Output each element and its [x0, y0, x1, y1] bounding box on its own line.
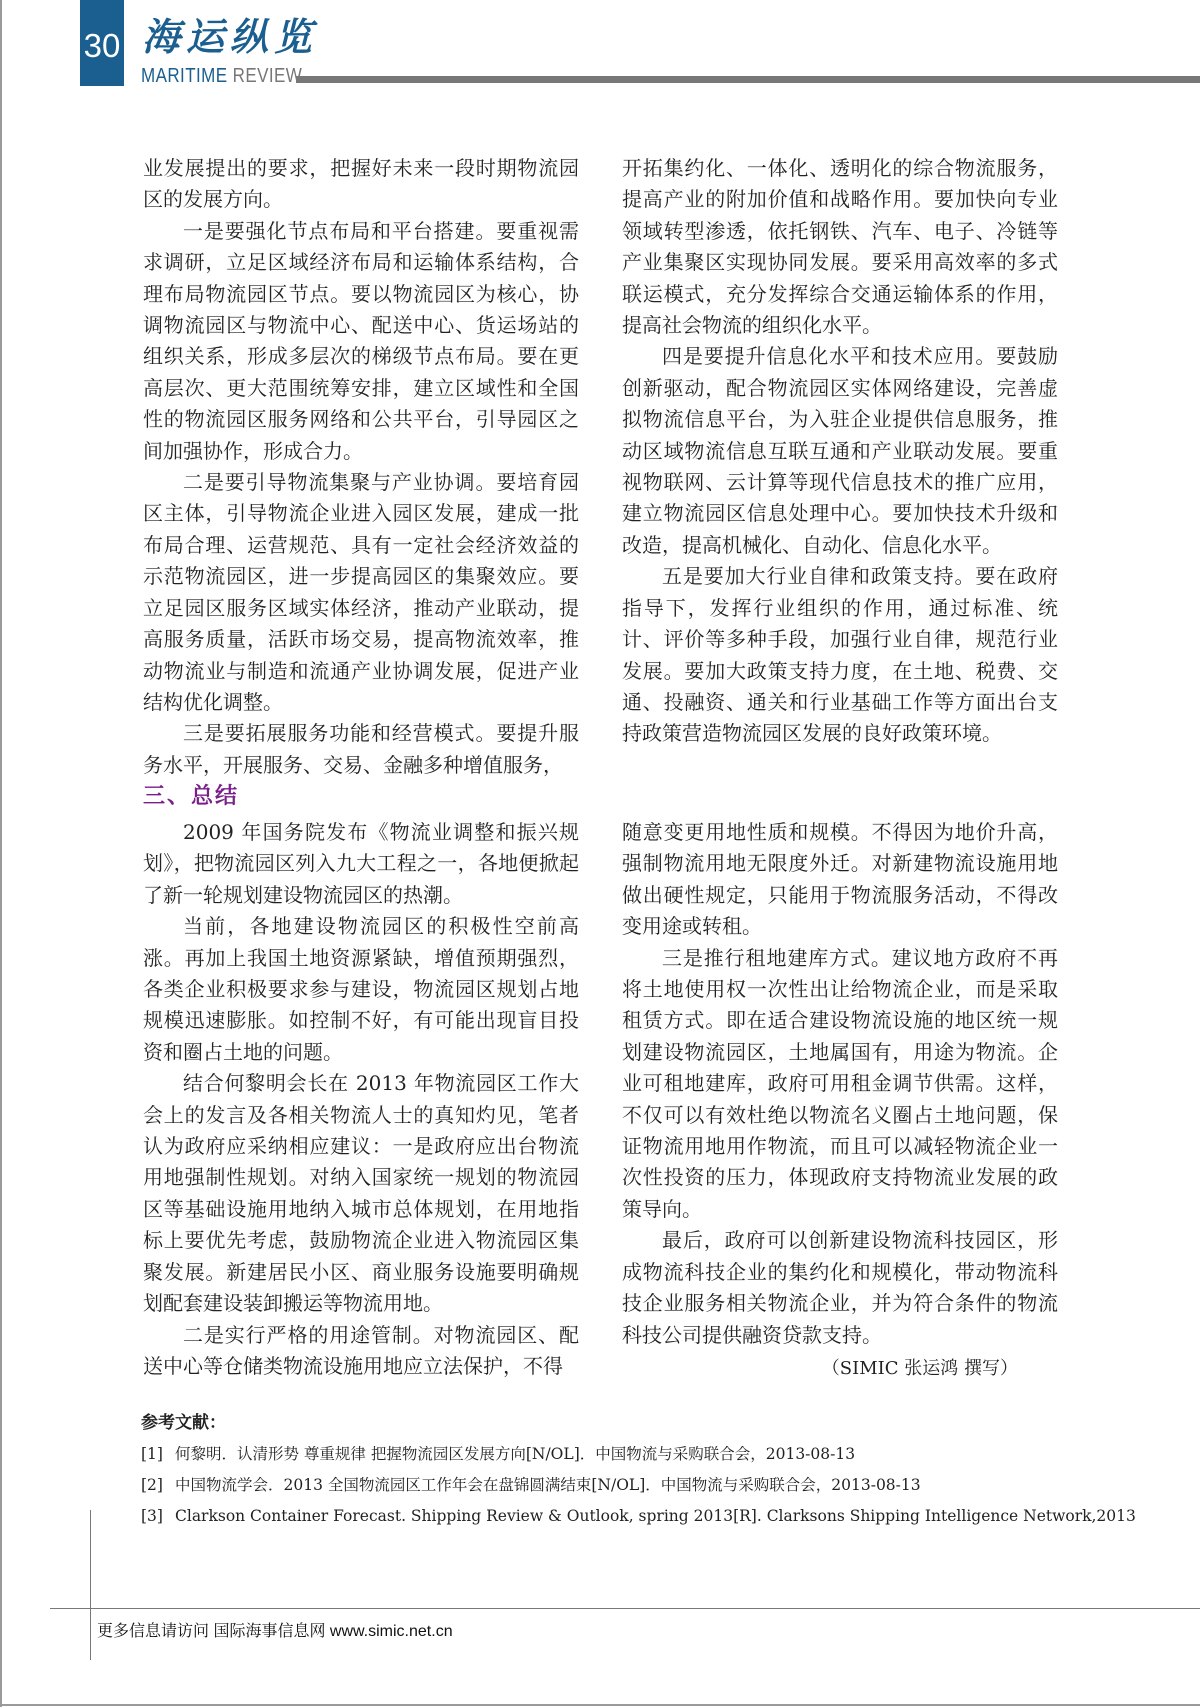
author-signature: （SIMIC 张运鸿 撰写）: [622, 1353, 1058, 1384]
section2-right-column: 随意变更用地性质和规模。不得因为地价升高，强制物流用地无限度外迁。对新建物流设施…: [622, 817, 1058, 1384]
paragraph: 一是要强化节点布局和平台搭建。要重视需求调研，立足区域经济布局和运输体系结构，合…: [143, 216, 579, 467]
subtitle-review: REVIEW: [233, 65, 303, 87]
references-title: 参考文献：: [141, 1408, 1141, 1439]
paragraph: 五是要加大行业自律和政策支持。要在政府指导下，发挥行业组织的作用，通过标准、统计…: [622, 561, 1058, 749]
paragraph: 随意变更用地性质和规模。不得因为地价升高，强制物流用地无限度外迁。对新建物流设施…: [622, 817, 1058, 943]
paragraph: 四是要提升信息化水平和技术应用。要鼓励创新驱动，配合物流园区实体网络建设，完善虚…: [622, 341, 1058, 561]
page-number: 30: [84, 29, 121, 86]
section-heading-summary: 三、总结: [143, 779, 239, 810]
reference-number: [1]: [141, 1439, 175, 1470]
footer-rule: [50, 1608, 1200, 1609]
reference-number: [3]: [141, 1501, 175, 1532]
paragraph: 最后，政府可以创新建设物流科技园区，形成物流科技企业的集约化和规模化，带动物流科…: [622, 1225, 1058, 1351]
paragraph: 开拓集约化、一体化、透明化的综合物流服务，提高产业的附加价值和战略作用。要加快向…: [622, 153, 1058, 341]
reference-item: [1]何黎明．认清形势 尊重规律 把握物流园区发展方向[N/OL]．中国物流与采…: [141, 1439, 1141, 1470]
reference-text: 中国物流学会．2013 全国物流园区工作年会在盘锦圆满结束[N/OL]．中国物流…: [175, 1476, 921, 1494]
reference-item: [3]Clarkson Container Forecast. Shipping…: [141, 1501, 1141, 1532]
footer-website-notice: 更多信息请访问 国际海事信息网 www.simic.net.cn: [97, 1618, 453, 1641]
reference-item: [2]中国物流学会．2013 全国物流园区工作年会在盘锦圆满结束[N/OL]．中…: [141, 1470, 1141, 1501]
section2-left-column: 2009 年国务院发布《物流业调整和振兴规划》，把物流园区列入九大工程之一，各地…: [143, 817, 579, 1382]
section1-left-column: 业发展提出的要求，把握好未来一段时期物流园区的发展方向。 一是要强化节点布局和平…: [143, 153, 579, 781]
reference-text: Clarkson Container Forecast. Shipping Re…: [175, 1507, 1136, 1525]
page-border-bottom: [0, 1704, 1200, 1706]
paragraph: 三是推行租地建库方式。建议地方政府不再将土地使用权一次性出让给物流企业，而是采取…: [622, 943, 1058, 1226]
paragraph: 2009 年国务院发布《物流业调整和振兴规划》，把物流园区列入九大工程之一，各地…: [143, 817, 579, 911]
page-border-left: [0, 0, 2, 1707]
section1-right-column: 开拓集约化、一体化、透明化的综合物流服务，提高产业的附加价值和战略作用。要加快向…: [622, 153, 1058, 750]
magazine-title: 海运纵览: [142, 18, 318, 56]
reference-text: 何黎明．认清形势 尊重规律 把握物流园区发展方向[N/OL]．中国物流与采购联合…: [175, 1445, 855, 1463]
paragraph: 二是实行严格的用途管制。对物流园区、配送中心等仓储类物流设施用地应立法保护，不得: [143, 1320, 579, 1383]
paragraph: 二是要引导物流集聚与产业协调。要培育园区主体，引导物流企业进入园区发展，建成一批…: [143, 467, 579, 718]
references: 参考文献： [1]何黎明．认清形势 尊重规律 把握物流园区发展方向[N/OL]．…: [141, 1408, 1141, 1532]
paragraph: 三是要拓展服务功能和经营模式。要提升服务水平，开展服务、交易、金融多种增值服务，: [143, 718, 579, 781]
footer-vertical-rule: [90, 1510, 91, 1660]
magazine-subtitle: MARITIME REVIEW: [141, 66, 302, 86]
reference-number: [2]: [141, 1470, 175, 1501]
paragraph: 当前，各地建设物流园区的积极性空前高涨。再加上我国土地资源紧缺，增值预期强烈，各…: [143, 911, 579, 1068]
paragraph: 结合何黎明会长在 2013 年物流园区工作大会上的发言及各相关物流人士的真知灼见…: [143, 1068, 579, 1319]
paragraph: 业发展提出的要求，把握好未来一段时期物流园区的发展方向。: [143, 153, 579, 216]
page-number-box: 30: [80, 0, 124, 86]
header-rule: [296, 76, 1200, 83]
subtitle-maritime: MARITIME: [141, 65, 228, 87]
